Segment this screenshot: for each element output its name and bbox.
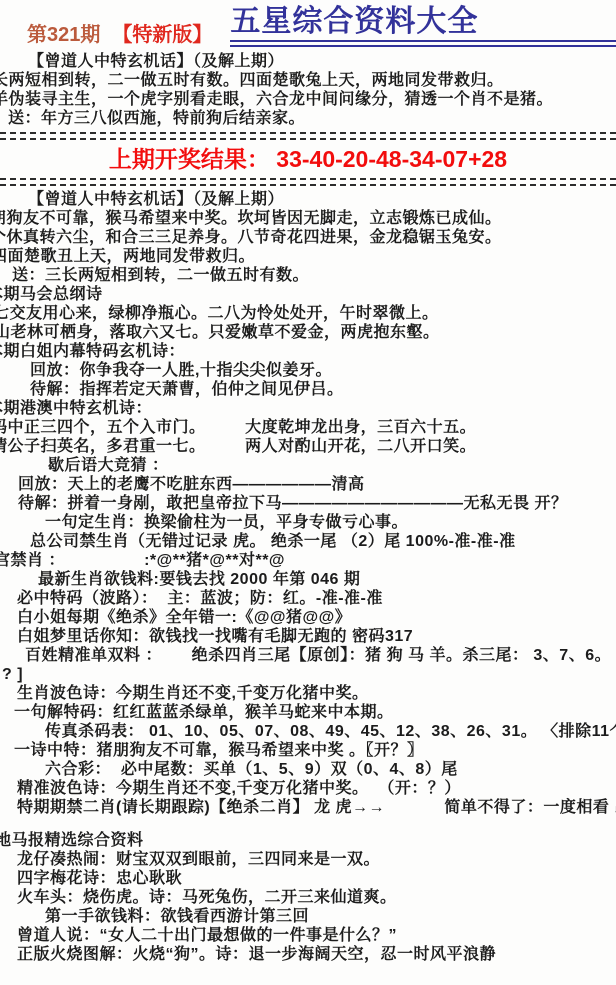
text-line: 宫禁肖 ： :*@**猪*@**对**@ xyxy=(0,551,616,570)
section-spacer xyxy=(0,817,616,831)
text-line: 四字梅花诗：忠心耿耿 xyxy=(17,869,616,888)
text-line: 送：年方三八似西施，特前狗后结亲家。 xyxy=(8,109,616,128)
text-line: 【曾道人中特玄机话】（及解上期） xyxy=(28,190,616,209)
text-line: 本期白姐内幕特码玄机诗： xyxy=(0,342,616,361)
text-line: 最新生肖欲钱料:要钱去找 2000 年第 046 期 xyxy=(38,570,616,589)
text-line: 待解：指挥若定天萧曹，伯仲之间见伊吕。 xyxy=(30,380,616,399)
text-line: 待解：拼着一身剐，敢把皇帝拉下马———————————无私无畏 开？ xyxy=(18,494,616,513)
text-line: 生肖波色诗：今期生肖还不变,千变万化猪中奖。 xyxy=(17,684,616,703)
text-line: 个休真转六尘，和合三三足养身。八节奇花四进果，金龙稳锯玉兔安。 xyxy=(0,228,616,247)
text-line: 本期马会总纲诗 xyxy=(0,285,616,304)
section-divider xyxy=(0,132,616,140)
text-line: 一句解特码：红红蓝蓝杀绿单，猴羊马蛇来中本期。 xyxy=(14,703,616,722)
text-line: 长两短相到转，二一做五时有数。四面楚歌兔上天，两地同发带救归。 xyxy=(0,71,616,90)
text-line: 山老林可栖身，落取六又七。只爱嫩草不爱金，两虎抱东壑。 xyxy=(0,323,616,342)
text-line: 歇后语大竞猜 ： xyxy=(48,456,616,475)
text-line: 一诗中特：猪朋狗友不可靠，猴马希望来中奖 。〖开？〗 xyxy=(14,741,616,760)
text-line: 曾道人说：“女人二十出门最想做的一件事是什么？” xyxy=(17,926,616,945)
page-header: 第321期 【特新版】 五星综合资料大全 xyxy=(0,0,616,47)
text-line: 送：三长两短相到转，二一做五时有数。 xyxy=(12,266,616,285)
text-line: 朋狗友不可靠，猴马希望来中奖。坎坷皆因无脚走，立志锻炼已成仙。 xyxy=(0,209,616,228)
text-line: 一句定生肖：换梁偷柱为一员，平身专做亏心事。 xyxy=(45,513,616,532)
text-line: 正版火烧图解：火烧“狗”。诗：退一步海阔天空，忍一时风平浪静 xyxy=(17,945,616,964)
text-line: 总公司禁生肖（无错过记录 虎。 绝杀一尾 （2）尾 100%-准-准-准 xyxy=(30,532,616,551)
previous-draw-result: 上期开奖结果： 33-40-20-48-34-07+28 xyxy=(0,144,616,174)
title-underline: 五星综合资料大全 xyxy=(230,0,616,47)
text-line: 龙仔凑热闹：财宝双双到眼前，三四同来是一双。 xyxy=(17,850,616,869)
text-line: 回放：你争我夺一人胜,十指尖尖似姜牙。 xyxy=(30,361,616,380)
text-line: 情公子扫英名，多君重一七。 两人对酌山开花，二八开口笑。 xyxy=(0,437,616,456)
text-line: 火车头：烧伤虎。诗：马死兔伤，二开三来仙道爽。 xyxy=(17,888,616,907)
text-line: 码中正三四个，五个入市门。 大度乾坤龙出身，三百六十五。 xyxy=(0,418,616,437)
text-line: 精准波色诗：今期生肖还不变,千变万化猪中奖。 （开：？） xyxy=(17,779,616,798)
issue-number: 第321期 xyxy=(27,18,100,47)
section-divider xyxy=(0,178,616,186)
page-title: 五星综合资料大全 xyxy=(230,5,478,38)
text-line: 地马报精选综合资料 xyxy=(0,831,616,850)
text-line: 七交友用心来，绿柳净瓶心。二八为怜处处开，午时翠微上。 xyxy=(0,304,616,323)
text-line: 羊伪装寻主生，一个虎字别看走眼，六合龙中间问缘分，猜透一个肖不是猪。 xyxy=(0,90,616,109)
text-line: 第一手欲钱料：欲钱看西游计第三回 xyxy=(45,907,616,926)
text-line: 回放：天上的老鹰不吃脏东西——————清高 xyxy=(18,475,616,494)
text-line: 必中特码（波路）： 主：蓝波；防：红。-准-准-准 xyxy=(17,589,616,608)
text-line: 本期港澳中特玄机诗： xyxy=(0,399,616,418)
document-body: 【曾道人中特玄机话】（及解上期）长两短相到转，二一做五时有数。四面楚歌兔上天，两… xyxy=(0,47,616,964)
text-line: 白姐梦里话你知：欲钱找一找嘴有毛脚无跑的 密码317 xyxy=(17,627,616,646)
text-line: 【曾道人中特玄机话】（及解上期） xyxy=(28,52,616,71)
text-line: 四面楚歌丑上天，两地同发带救归。 xyxy=(0,247,616,266)
edition-badge: 【特新版】 xyxy=(112,18,212,47)
text-line: 六合彩： 必中尾数：买单（1、5、9）双（0、4、8）尾 xyxy=(45,760,616,779)
text-line: 特期期禁二肖(请长期跟踪)【绝杀二肖】 龙 虎→→ 简单不得了：一度相看 出马 xyxy=(17,798,616,817)
text-line: 传真杀码表： 01、10、05、07、08、49、45、12、38、26、31。… xyxy=(45,722,616,741)
text-line: ? ] xyxy=(2,665,616,684)
text-line: 白小姐每期《绝杀》全年错一:《@@猪@@》 xyxy=(17,608,616,627)
text-line: 百姓精准单双料 ： 绝杀四肖三尾【原创】：猪 狗 马 羊。杀三尾： 3、7、6。 xyxy=(25,646,616,665)
